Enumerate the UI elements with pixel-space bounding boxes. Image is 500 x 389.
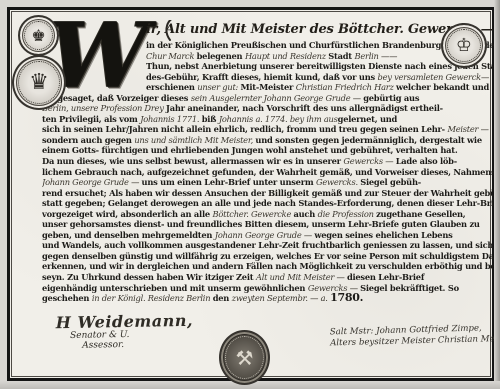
text-segment: Siegel bekräfftiget. So bbox=[360, 283, 459, 293]
text-line: statt gegeben; Gelanget derowegen an all… bbox=[42, 198, 494, 209]
text-segment: gelernet, und bbox=[338, 114, 397, 124]
text-segment: Stadt bbox=[328, 51, 354, 61]
text-line: sich in seinen Lehr/Jahren nicht allein … bbox=[42, 124, 494, 135]
text-segment: Böttcher. Gewercke bbox=[213, 209, 294, 219]
text-segment: geschehen bbox=[42, 293, 92, 303]
text-segment: wegen seines ehelichen Lebens bbox=[314, 230, 452, 240]
text-line: lichem Gebrauch nach, aufgezeichnet gefu… bbox=[42, 167, 494, 178]
text-line: einem Gotts- fürchtigen und ehrliebenden… bbox=[42, 145, 494, 156]
text-segment: diesen Lehr-Brief bbox=[347, 272, 424, 282]
signature-block-right: Salt Mstr: Johann Gottfried Zimpe, Alter… bbox=[330, 323, 500, 350]
text-segment: Chur Marck bbox=[146, 51, 197, 61]
text-segment: Johannis a. 1774. bey ihm aus bbox=[219, 114, 338, 124]
text-segment: des-Gebühr, Krafft dieses, hiemit kund, … bbox=[146, 72, 378, 82]
seal-emblem-icon: ♛ bbox=[29, 72, 49, 94]
text-line: geschehen in der Königl. Residenz Berlin… bbox=[42, 293, 494, 304]
text-line: ten Privilegii, als vom Johannis 1771. b… bbox=[42, 114, 494, 125]
text-segment: rend ersuchet; Als haben wir dessen Ansu… bbox=[42, 188, 494, 198]
text-segment: ausgesaget, daß Vorzeiger dieses bbox=[42, 93, 191, 103]
text-segment: 1780. bbox=[330, 291, 363, 304]
seal-top-left-small-icon: ♚ bbox=[18, 15, 59, 56]
text-segment: ir, Alt und Mit Meister des Böttcher. Ge… bbox=[146, 22, 493, 37]
text-line: eigenhändig unterschrieben und mit unser… bbox=[42, 283, 494, 294]
text-segment: Christian Friedrich Harz bbox=[296, 82, 396, 92]
text-segment: lichem Gebrauch nach, aufgezeichnet gefu… bbox=[42, 167, 494, 177]
text-segment: sich in seinen Lehr/Jahren nicht allein … bbox=[42, 124, 447, 134]
text-line: sondern auch gegen uns und sämtlich Mit … bbox=[42, 135, 494, 146]
signature-name: H Weidemann, bbox=[56, 312, 193, 331]
text-line: und Wandels, auch vollkommen ausgestande… bbox=[42, 240, 494, 251]
text-line: vorgezeiget wird, absonderlich an alle B… bbox=[42, 209, 494, 220]
text-segment: Siegel gebüh- bbox=[360, 177, 421, 187]
seal-bottom-center-icon: ⚒ bbox=[219, 330, 270, 385]
document-body: W ir, Alt und Mit Meister des Böttcher. … bbox=[42, 20, 494, 316]
text-segment: ten Privilegii, als vom bbox=[42, 114, 140, 124]
text-segment: Mit-Meister bbox=[240, 82, 295, 92]
text-line: Da nun dieses, wie uns selbst bewust, al… bbox=[42, 156, 494, 167]
seal-emblem-icon: ⚒ bbox=[236, 348, 254, 368]
text-line: Johann George Grude — uns um einen Lehr-… bbox=[42, 177, 494, 188]
text-segment: gegen denselben günstig und willfährig z… bbox=[42, 251, 494, 261]
text-segment: und Wandels, auch vollkommen ausgestande… bbox=[42, 240, 494, 250]
text-segment: Meister — bbox=[447, 124, 488, 134]
text-line: geben, und denselben mehrgemeldten Johan… bbox=[42, 230, 494, 241]
text-line: ausgesaget, daß Vorzeiger dieses sein Au… bbox=[42, 93, 494, 104]
scan-edge-shadow bbox=[494, 0, 500, 389]
text-segment: Berlin, unsere Profession Drey bbox=[42, 103, 166, 113]
text-segment: biß bbox=[202, 114, 219, 124]
seal-top-left-large-icon: ♛ bbox=[12, 55, 66, 110]
text-segment: uns und sämtlich Mit Meister, bbox=[134, 135, 255, 145]
text-segment: unser gehorsamstes dienst- und freundlic… bbox=[42, 219, 480, 229]
text-line: seyn. Zu Uhrkund dessen haben Wir itzige… bbox=[42, 272, 494, 283]
text-segment: Berlin —— bbox=[355, 51, 398, 61]
text-segment: gebürtig aus bbox=[363, 93, 419, 103]
text-segment: unser gut: bbox=[197, 82, 240, 92]
text-segment: statt gegeben; Gelanget derowegen an all… bbox=[42, 198, 494, 208]
text-segment: Jahr aneinander, nach Vorschrift des uns… bbox=[166, 103, 443, 113]
text-segment: seyn. Zu Uhrkund dessen haben Wir itzige… bbox=[42, 272, 256, 282]
text-segment: belegenen bbox=[197, 51, 245, 61]
text-segment: eigenhändig unterschrieben und mit unser… bbox=[42, 283, 308, 293]
text-line: gegen denselben günstig und willfährig z… bbox=[42, 251, 494, 262]
text-segment: sondern auch gegen bbox=[42, 135, 134, 145]
text-segment: die Profession bbox=[318, 209, 376, 219]
seal-top-right-icon: ♔ bbox=[441, 23, 487, 68]
text-segment: Gewercks. bbox=[316, 177, 360, 187]
text-segment: vorgezeiget wird, absonderlich an alle bbox=[42, 209, 213, 219]
text-segment: Johann George Grude — bbox=[42, 177, 142, 187]
text-segment: zweyten Septembr. — a. bbox=[232, 293, 330, 303]
text-segment: bey versamleten Gewerck— bbox=[378, 72, 489, 82]
text-segment: in der Königl. Residenz Berlin bbox=[92, 293, 213, 303]
text-segment: Gewercks — bbox=[343, 156, 395, 166]
text-segment: geben, und denselben mehrgemeldten bbox=[42, 230, 215, 240]
text-segment: Thun, nebst Anerbietung unserer bereitwi… bbox=[146, 61, 494, 71]
text-segment: Da nun dieses, wie uns selbst bewust, al… bbox=[42, 156, 343, 166]
text-segment: Alt und Mit Meister — bbox=[256, 272, 347, 282]
text-line: rend ersuchet; Als haben wir dessen Ansu… bbox=[42, 188, 494, 199]
seal-emblem-icon: ♚ bbox=[31, 28, 45, 44]
text-segment: Johann George Grude — bbox=[215, 230, 315, 240]
text-segment: und sonsten gegen jedermänniglich, derge… bbox=[255, 135, 481, 145]
text-segment: erschienen bbox=[146, 82, 197, 92]
signature-block-left: H Weidemann, Senator & U. Assessor. bbox=[56, 312, 194, 351]
text-line: Berlin, unsere Profession Drey Jahr anei… bbox=[42, 103, 494, 114]
text-line: unser gehorsamstes dienst- und freundlic… bbox=[42, 219, 494, 230]
text-segment: den bbox=[213, 293, 232, 303]
text-line: erkennen, und wir in dergleichen und and… bbox=[42, 261, 494, 272]
text-segment: Lade also löb- bbox=[396, 156, 457, 166]
text-segment: Johannis 1771. bbox=[140, 114, 202, 124]
scanned-document-page: { "page": { "paper_color": "#f1efe9", "i… bbox=[0, 0, 500, 389]
text-segment: welcher bekandt und bbox=[396, 82, 489, 92]
text-segment: einem Gotts- fürchtigen und ehrliebenden… bbox=[42, 145, 458, 155]
text-segment: Haupt und Residenz bbox=[245, 51, 328, 61]
text-segment: erkennen, und wir in dergleichen und and… bbox=[42, 261, 494, 271]
pen-flourish-icon bbox=[156, 20, 190, 42]
text-segment: uns um einen Lehr-Brief unter unserm bbox=[142, 177, 316, 187]
signature-title: Assessor. bbox=[82, 339, 193, 351]
text-segment: sein Ausgelernter Johann George Grude — bbox=[191, 93, 363, 103]
text-segment: auch bbox=[294, 209, 318, 219]
text-segment: zugethane Gesellen, bbox=[376, 209, 465, 219]
seal-emblem-icon: ♔ bbox=[456, 37, 472, 55]
